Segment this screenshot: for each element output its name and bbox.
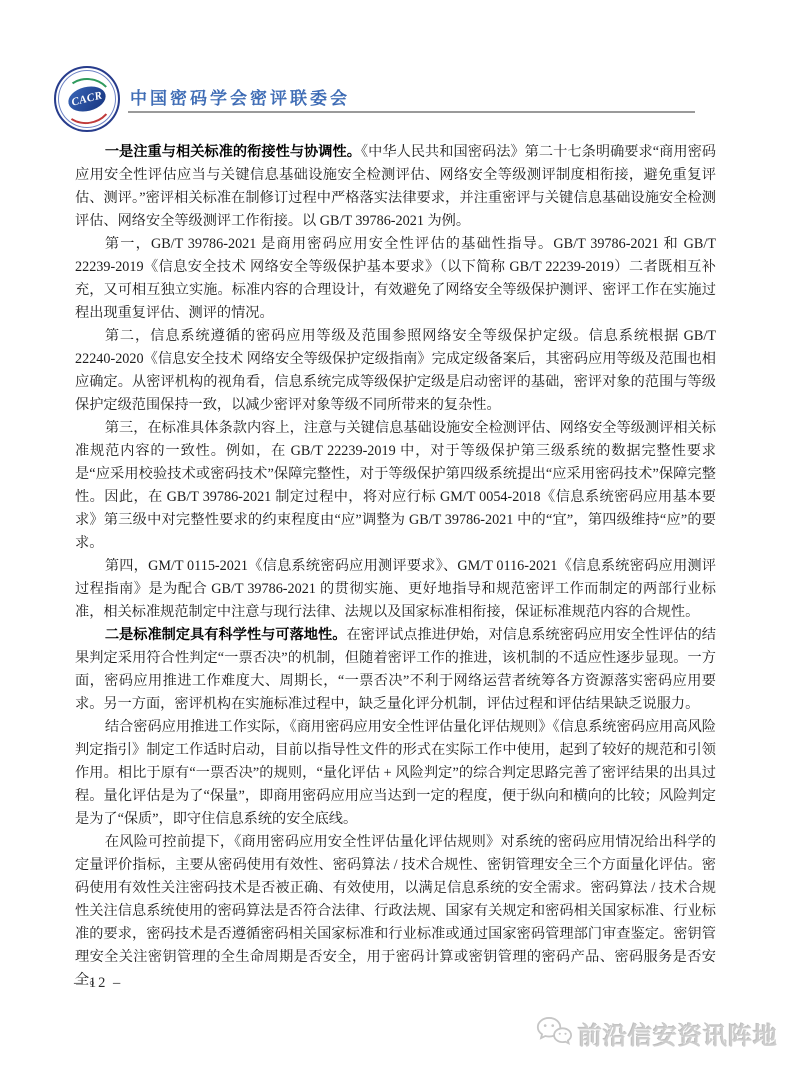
paragraph: 一是注重与相关标准的衔接性与协调性。《中华人民共和国密码法》第二十七条明确要求“… <box>75 141 716 233</box>
page-number: – 12 – <box>74 975 122 992</box>
paragraph: 在风险可控前提下，《商用密码应用安全性评估量化评估规则》对系统的密码应用情况给出… <box>75 831 716 992</box>
paragraph: 第一，GB/T 39786-2021 是商用密码应用安全性评估的基础性指导。GB… <box>75 233 716 325</box>
paragraph-text: 第一，GB/T 39786-2021 是商用密码应用安全性评估的基础性指导。GB… <box>75 236 716 321</box>
wechat-icon <box>536 1016 572 1051</box>
cacr-logo: CACR <box>54 66 120 132</box>
paragraph-text: 第二，信息系统遵循的密码应用等级及范围参照网络安全等级保护定级。信息系统根据 G… <box>75 328 716 413</box>
paragraph-text: 第四，GM/T 0115-2021《信息系统密码应用测评要求》、GM/T 011… <box>75 558 716 620</box>
paragraph-text: 第三，在标准具体条款内容上，注意与关键信息基础设施安全检测评估、网络安全等级测评… <box>75 420 716 551</box>
paragraph: 结合密码应用推进工作实际，《商用密码应用安全性评估量化评估规则》《信息系统密码应… <box>75 716 716 831</box>
paragraph: 第二，信息系统遵循的密码应用等级及范围参照网络安全等级保护定级。信息系统根据 G… <box>75 325 716 417</box>
paragraph: 二是标准制定具有科学性与可落地性。在密评试点推进伊始，对信息系统密码应用安全性评… <box>75 624 716 716</box>
paragraph-lead: 一是注重与相关标准的衔接性与协调性。 <box>105 144 361 160</box>
header-rule <box>128 111 695 113</box>
paragraph: 第四，GM/T 0115-2021《信息系统密码应用测评要求》、GM/T 011… <box>75 555 716 624</box>
paragraph: 第三，在标准具体条款内容上，注意与关键信息基础设施安全检测评估、网络安全等级测评… <box>75 417 716 555</box>
paragraph-text: 在风险可控前提下，《商用密码应用安全性评估量化评估规则》对系统的密码应用情况给出… <box>75 834 716 988</box>
paragraph-text: 结合密码应用推进工作实际，《商用密码应用安全性评估量化评估规则》《信息系统密码应… <box>75 719 716 827</box>
watermark-label: 前沿信安资讯阵地 <box>578 1016 778 1051</box>
document-page: { "header": { "logo_abbr": "CACR", "org_… <box>0 0 790 1065</box>
article-body: 一是注重与相关标准的衔接性与协调性。《中华人民共和国密码法》第二十七条明确要求“… <box>75 141 716 992</box>
watermark: 前沿信安资讯阵地 <box>536 1016 778 1051</box>
org-name: 中国密码学会密评联委会 <box>130 84 350 109</box>
paragraph-lead: 二是标准制定具有科学性与可落地性。 <box>105 627 347 643</box>
